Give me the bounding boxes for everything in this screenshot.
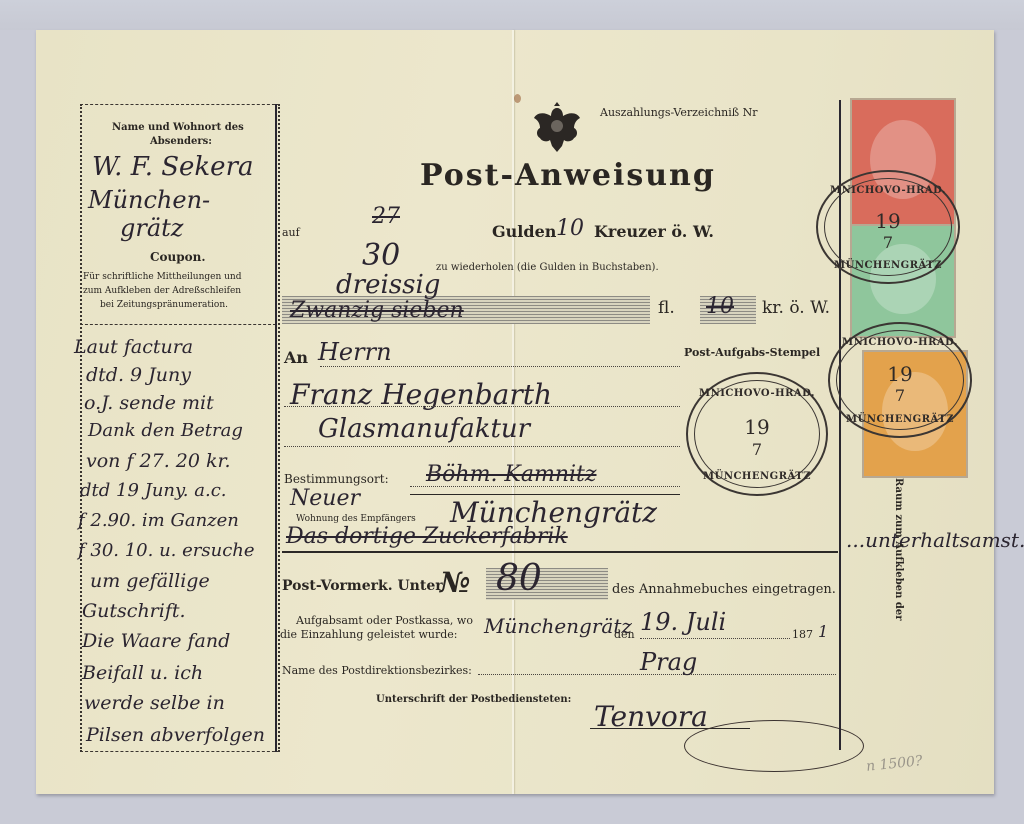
message-line: o.J. sende mit [84, 392, 214, 414]
coupon-divider [80, 324, 276, 325]
sender-label: Name und Wohnort des [112, 122, 244, 133]
message-line: um gefällige [90, 570, 210, 592]
amount-words: dreissig [336, 270, 440, 300]
message-line: Gutschrift. [82, 600, 186, 622]
message-line: Laut factura [74, 336, 193, 358]
date-line [640, 638, 790, 639]
paper-fold [512, 30, 514, 794]
kr-value: 10 [706, 294, 734, 319]
year-suffix: 1 [818, 622, 828, 641]
fl-label: fl. [658, 298, 675, 318]
district-label: Name des Postdirektionsbezirkes: [282, 664, 472, 677]
postmark-day: 19 [688, 415, 826, 439]
sender-place-2: grätz [120, 214, 183, 242]
postmark-bottom-text: MÜNCHENGRÄTZ [818, 260, 958, 271]
an-label: An [284, 348, 308, 367]
postmark-month: 7 [830, 386, 970, 405]
district-value: Prag [640, 648, 697, 676]
message-line: f 30. 10. u. ersuche [78, 540, 255, 561]
kr-label: kr. ö. W. [762, 298, 830, 318]
message-line: Dank den Betrag [88, 420, 243, 441]
address-line [284, 406, 680, 407]
postmark: MNICHOVO-HRAD. 19 7 MÜNCHENGRÄTZ [828, 322, 972, 438]
coupon-note: Für schriftliche Mittheilungen und [83, 272, 241, 282]
side-label: Raum zum Aufkleben der [893, 478, 904, 621]
coupon-border-line [275, 104, 277, 752]
sender-label-2: Absenders: [150, 136, 212, 147]
recipient-salutation: Herrn [318, 338, 392, 366]
message-line: von f 27. 20 kr. [86, 450, 231, 472]
sender-name: W. F. Sekera [92, 152, 254, 182]
message-line: dtd. 9 Juny [86, 364, 191, 386]
postmark-month: 7 [688, 440, 826, 459]
message-line: dtd 19 Juny. a.c. [80, 480, 227, 501]
year-prefix: 187 [792, 628, 813, 641]
coupon-note-3: bei Zeitungspränumeration. [100, 300, 228, 310]
postmark-top-text: MNICHOVO-HRAD. [818, 185, 958, 196]
gulden-label: Gulden [492, 222, 556, 241]
postmark-bottom-text: MÜNCHENGRÄTZ [830, 414, 970, 425]
address-line [410, 486, 680, 487]
message-line: Beifall u. ich [82, 662, 203, 684]
stain [514, 94, 521, 103]
address-line [320, 366, 680, 367]
struck-address-line: Das dortige Zuckerfabrik [286, 524, 568, 549]
postmark: MNICHOVO-HRAD. 19 7 MÜNCHENGRÄTZ [686, 372, 828, 496]
message-line: Pilsen abverfolgen [86, 724, 265, 746]
post-record-suffix: des Annahmebuches eingetragen. [612, 582, 836, 597]
repeat-note: zu wiederholen (die Gulden in Buchstaben… [436, 262, 659, 273]
postmark-day: 19 [830, 362, 970, 386]
postmark-top-text: MNICHOVO-HRAD. [688, 388, 826, 399]
postal-stamp-label: Post-Aufgabs-Stempel [684, 346, 820, 359]
address-line [284, 446, 680, 447]
sender-place: München- [88, 186, 210, 214]
signature-label: Unterschrift der Postbediensteten: [376, 694, 571, 705]
residence-label: Wohnung des Empfängers [296, 514, 416, 524]
recipient-occupation: Glasmanufaktur [318, 414, 530, 444]
office-label-2: die Einzahlung geleistet wurde: [280, 628, 457, 641]
section-divider [282, 551, 838, 553]
message-line: werde selbe in [84, 692, 225, 714]
amount-words-struck: Zwanzig sieben [290, 298, 464, 323]
recipient-note: ...unterhaltsamst. [846, 528, 1024, 552]
double-headed-eagle-icon [532, 98, 582, 154]
office-label: Aufgabsamt oder Postkassa, wo [296, 614, 473, 627]
coupon-note-2: zum Aufkleben der Adreßschleifen [83, 286, 241, 296]
office-place: Münchengrätz [484, 614, 632, 638]
post-record-label: Post-Vormerk. Unter [282, 578, 443, 594]
signature-flourish [684, 720, 864, 772]
gulden-value: 30 [362, 238, 400, 273]
register-number-label: Auszahlungs-Verzeichniß Nr [600, 106, 758, 119]
destination-prefix: Neuer [290, 486, 360, 511]
postmark-top-text: MNICHOVO-HRAD. [830, 337, 970, 348]
destination-struck: Böhm. Kamnitz [426, 462, 596, 487]
post-record-number: 80 [496, 558, 542, 599]
postmark-day: 19 [818, 209, 958, 233]
destination-label: Bestimmungsort: [284, 472, 389, 486]
office-date: 19. Juli [640, 608, 726, 636]
date-den-label: den [614, 628, 635, 641]
message-line: f 2.90. im Ganzen [78, 510, 239, 531]
amount-prefix: auf [282, 226, 300, 239]
kreuzer-label: Kreuzer ö. W. [594, 222, 714, 241]
gulden-struck-value: 27 [372, 204, 400, 229]
postmark-month: 7 [818, 233, 958, 252]
address-line [410, 494, 680, 495]
message-line: Die Waare fand [82, 630, 230, 652]
background [0, 0, 1024, 30]
postmark: MNICHOVO-HRAD. 19 7 MÜNCHENGRÄTZ [816, 170, 960, 284]
coupon-heading: Coupon. [150, 250, 206, 264]
document-title: Post-Anweisung [420, 158, 716, 193]
postmark-bottom-text: MÜNCHENGRÄTZ [688, 471, 826, 482]
number-sign: № [440, 566, 470, 599]
kreuzer-value: 10 [556, 216, 584, 241]
